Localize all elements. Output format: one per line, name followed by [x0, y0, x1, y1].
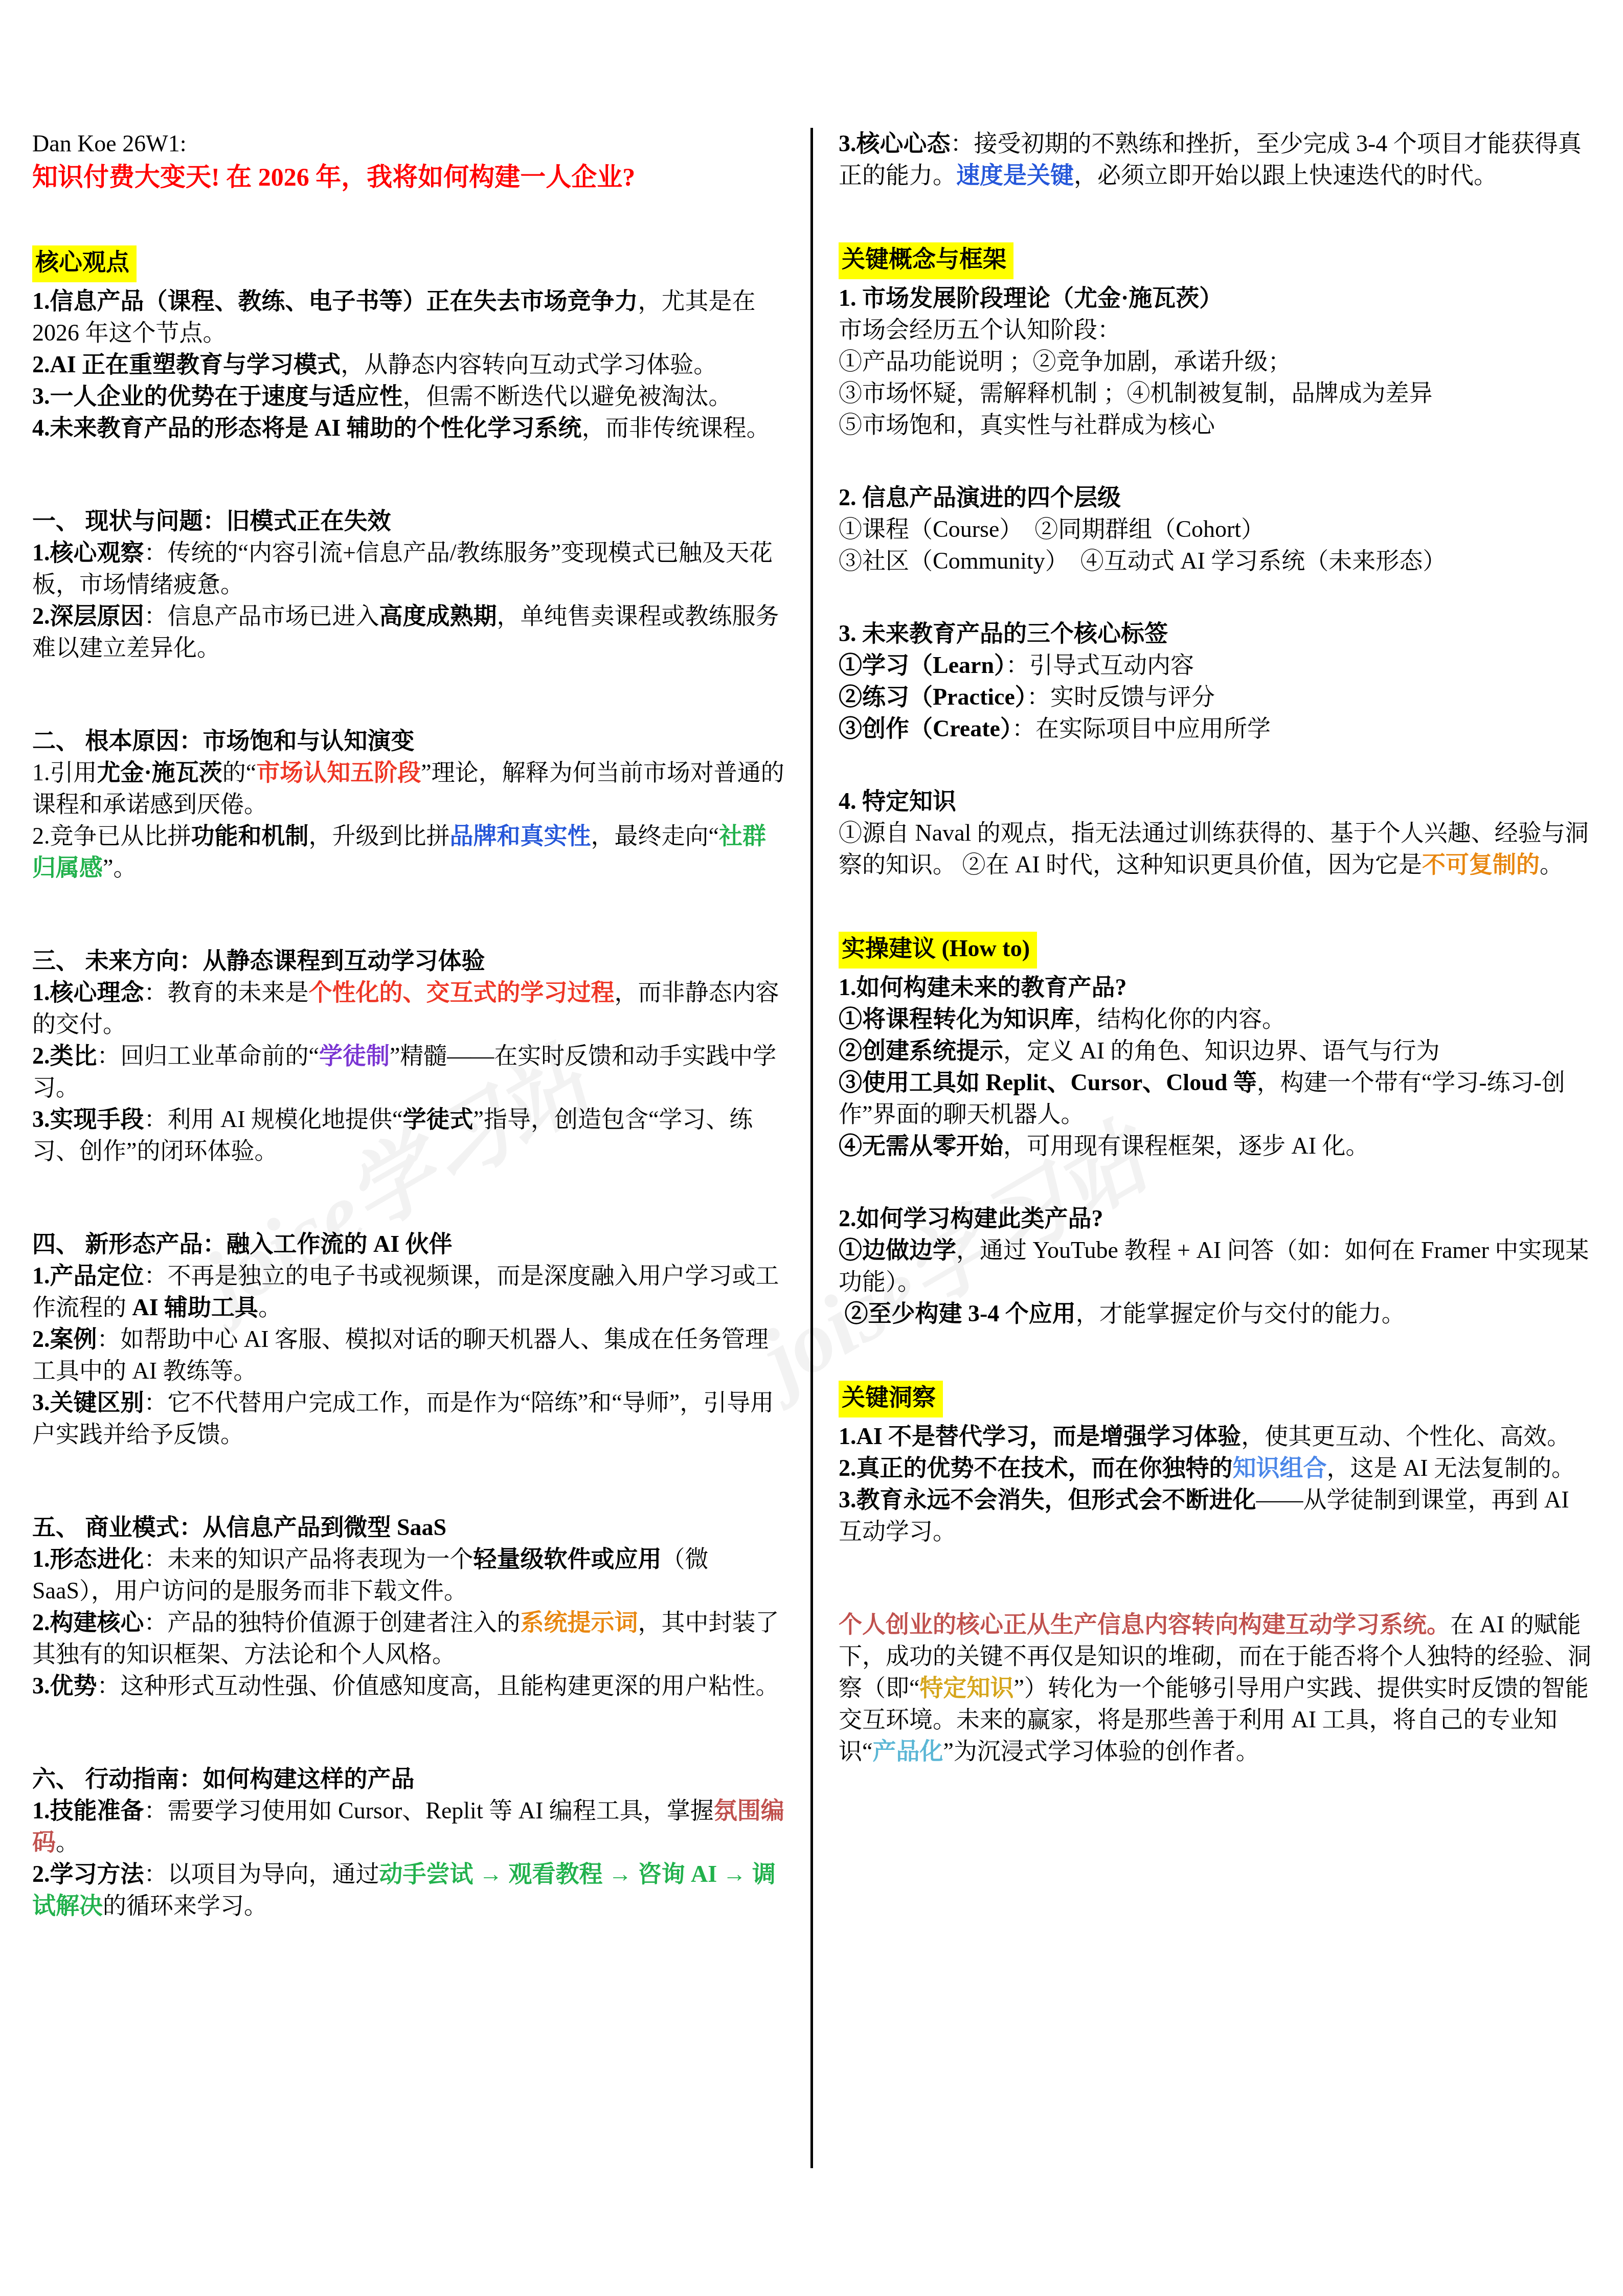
text-run: 个人创业的核心正从生产信息内容转向构建互动学习系统。	[839, 1611, 1450, 1637]
subsection-heading: 4. 特定知识	[839, 785, 1597, 817]
paragraph: 2.构建核心：产品的独特价值源于创建者注入的系统提示词，其中封装了其独有的知识框…	[32, 1607, 789, 1670]
paragraph: ⑤市场饱和，真实性与社群成为核心	[839, 409, 1597, 441]
section-heading-6: 六、 行动指南：如何构建这样的产品	[32, 1763, 789, 1795]
paragraph: 3.优势：这种形式互动性强、价值感知度高，且能构建更深的用户粘性。	[32, 1670, 789, 1702]
text-run: ⑤市场饱和，真实性与社群成为核心	[839, 412, 1215, 438]
text-run: 4.未来教育产品的形态将是 AI 辅助的个性化学习系统	[32, 415, 582, 441]
text-run: ④无需从零开始	[839, 1133, 1003, 1159]
paragraph: 1.信息产品（课程、教练、电子书等）正在失去市场竞争力，尤其是在 2026 年这…	[32, 285, 789, 349]
text-run: 1.如何构建未来的教育产品?	[839, 974, 1127, 1000]
highlight-heading-key-insights: 关键洞察	[839, 1381, 943, 1417]
text-run: ②创建系统提示	[839, 1038, 1003, 1064]
text-run: 学徒制	[319, 1043, 390, 1069]
text-run: 五、 商业模式：从信息产品到微型 SaaS	[32, 1514, 446, 1540]
paragraph: 1.核心理念：教育的未来是个性化的、交互式的学习过程，而非静态内容的交付。	[32, 977, 789, 1040]
text-run: ：引导式互动内容	[1006, 652, 1194, 678]
left-column: Dan Koe 26W1:知识付费大变天! 在 2026 年，我将如何构建一人企…	[32, 128, 789, 1922]
text-run: 二、 根本原因：市场饱和与认知演变	[32, 728, 415, 754]
text-run: 1.产品定位	[32, 1263, 144, 1289]
text-run: 系统提示词	[521, 1609, 638, 1635]
paragraph: ①产品功能说明 ；②竞争加剧，承诺升级；	[839, 346, 1597, 377]
text-run: 个性化的、交互式的学习过程	[309, 979, 615, 1005]
text-run: ，升级到比拼	[309, 823, 450, 849]
text-run: 3.核心心态	[839, 130, 951, 156]
text-run: ，最终走向“	[591, 823, 719, 849]
text-run: 知识付费大变天! 在 2026 年，我将如何构建一人企业?	[32, 163, 635, 191]
text-run: 功能和机制	[191, 823, 309, 849]
highlight-heading-key-concepts: 关键概念与框架	[839, 242, 1013, 279]
paragraph: 3.关键区别：它不代替用户完成工作，而是作为“陪练”和“导师”，引导用户实践并给…	[32, 1387, 789, 1450]
text-run: ：需要学习使用如 Cursor、Replit 等 AI 编程工具，掌握	[144, 1797, 714, 1824]
text-run: 。	[258, 1294, 282, 1320]
text-run: Dan Koe 26W1:	[32, 130, 186, 156]
text-run: ，才能掌握定价与交付的能力。	[1076, 1300, 1405, 1326]
column-divider	[810, 128, 813, 2168]
text-run: ：这种形式互动性强、价值感知度高，且能构建更深的用户粘性。	[97, 1673, 779, 1699]
paragraph: ②练习（Practice）：实时反馈与评分	[839, 681, 1597, 713]
text-run: ①学习（Learn）	[839, 652, 1006, 678]
text-run: ，定义 AI 的角色、知识边界、语气与行为	[1003, 1038, 1440, 1064]
paragraph: ①源自 Naval 的观点，指无法通过训练获得的、基于个人兴趣、经验与洞察的知识…	[839, 817, 1597, 881]
paragraph: 3.一人企业的优势在于速度与适应性，但需不断迭代以避免被淘汰。	[32, 380, 789, 412]
text-run: ①课程（Course） ②同期群组（Cohort）	[839, 516, 1265, 542]
text-run: 1.形态进化	[32, 1546, 144, 1572]
text-run: 1.AI 不是替代学习，而是增强学习体验	[839, 1423, 1241, 1449]
section-heading-3: 三、 未来方向：从静态课程到互动学习体验	[32, 945, 789, 977]
text-run: 3.关键区别	[32, 1389, 144, 1415]
text-run: ，结构化你的内容。	[1074, 1006, 1286, 1032]
text-run: ，使其更互动、个性化、高效。	[1241, 1423, 1570, 1449]
document-page: { "watermark": { "text": "joise学习站", "co…	[0, 0, 1623, 2296]
paragraph: 2.学习方法：以项目为导向，通过动手尝试 → 观看教程 → 咨询 AI → 调试…	[32, 1858, 789, 1922]
paragraph: 3.核心心态：接受初期的不熟练和挫折，至少完成 3-4 个项目才能获得真正的能力…	[839, 128, 1597, 191]
text-run: 1.核心理念	[32, 979, 144, 1005]
paragraph: 1.核心观察：传统的“内容引流+信息产品/教练服务”变现模式已触及天花板，市场情…	[32, 537, 789, 600]
doc-label: Dan Koe 26W1:	[32, 128, 789, 160]
paragraph: 1.AI 不是替代学习，而是增强学习体验，使其更互动、个性化、高效。	[839, 1421, 1597, 1452]
text-run: 2.深层原因	[32, 603, 144, 629]
text-run: ①产品功能说明 ；②竞争加剧，承诺升级；	[839, 348, 1292, 374]
text-run: ：以项目为导向，通过	[144, 1861, 379, 1887]
text-run: 不可复制的	[1422, 851, 1540, 877]
text-run: AI 辅助工具	[132, 1294, 259, 1320]
text-run: ，可用现有课程框架，逐步 AI 化。	[1003, 1133, 1369, 1159]
paragraph: 2.类比：回归工业革命前的“学徒制”精髓——在实时反馈和动手实践中学习。	[32, 1040, 789, 1104]
subsection-heading: 1.如何构建未来的教育产品?	[839, 972, 1597, 1003]
paragraph: 3.实现手段：利用 AI 规模化地提供“学徒式”指导，创造包含“学习、练习、创作…	[32, 1104, 789, 1167]
text-run: ，必须立即开始以跟上快速迭代的时代。	[1074, 162, 1497, 188]
highlight-heading-how-to: 实操建议 (How to)	[839, 932, 1597, 969]
paragraph: ①将课程转化为知识库，结构化你的内容。	[839, 1003, 1597, 1035]
highlight-heading-core-views: 核心观点	[32, 245, 137, 282]
text-run: 2.竞争已从比拼	[32, 823, 191, 849]
section-heading-2: 二、 根本原因：市场饱和与认知演变	[32, 725, 789, 757]
paragraph: ③创作（Create）：在实际项目中应用所学	[839, 713, 1597, 745]
text-run: 三、 未来方向：从静态课程到互动学习体验	[32, 948, 485, 974]
section-heading-4: 四、 新形态产品：融入工作流的 AI 伙伴	[32, 1228, 789, 1260]
text-run: ，而非传统课程。	[582, 415, 770, 441]
text-run: ①将课程转化为知识库	[839, 1006, 1074, 1032]
paragraph: ③社区（Community） ④互动式 AI 学习系统（未来形态）	[839, 545, 1597, 577]
paragraph: ④无需从零开始，可用现有课程框架，逐步 AI 化。	[839, 1130, 1597, 1162]
text-run: ，这是 AI 无法复制的。	[1327, 1455, 1575, 1481]
text-run: 1.引用	[32, 759, 97, 785]
text-run: ③社区（Community） ④互动式 AI 学习系统（未来形态）	[839, 548, 1446, 574]
text-run: ：未来的知识产品将表现为一个	[144, 1546, 474, 1572]
text-run: 。	[56, 1829, 79, 1855]
text-run: 2.学习方法	[32, 1861, 144, 1887]
text-run: 高度成熟期	[379, 603, 497, 629]
text-run: ：在实际项目中应用所学	[1012, 715, 1271, 741]
text-run: 1.技能准备	[32, 1797, 144, 1824]
paragraph: ①课程（Course） ②同期群组（Cohort）	[839, 513, 1597, 545]
paragraph: 3.教育永远不会消失，但形式会不断进化——从学徒制到课堂，再到 AI 互动学习。	[839, 1484, 1597, 1547]
paragraph: 1.技能准备：需要学习使用如 Cursor、Replit 等 AI 编程工具，掌…	[32, 1795, 789, 1858]
text-run: 知识组合	[1233, 1455, 1327, 1481]
paragraph: 1.引用尤金·施瓦茨的“市场认知五阶段”理论，解释为何当前市场对普通的课程和承诺…	[32, 757, 789, 820]
text-run: 一、 现状与问题：旧模式正在失效	[32, 508, 391, 534]
right-column: 3.核心心态：接受初期的不熟练和挫折，至少完成 3-4 个项目才能获得真正的能力…	[839, 128, 1597, 1767]
text-run: 3.一人企业的优势在于速度与适应性	[32, 383, 403, 409]
text-run: 的循环来学习。	[103, 1893, 267, 1919]
text-run: 2.真正的优势不在技术，而在你独特的	[839, 1455, 1233, 1481]
text-run: ”为沉浸式学习体验的创作者。	[943, 1738, 1259, 1764]
text-run: 2.构建核心	[32, 1609, 144, 1635]
text-run: ：信息产品市场已进入	[144, 603, 379, 629]
text-run: ③使用工具如 Replit、Cursor、Cloud 等	[839, 1069, 1257, 1095]
paragraph: ②至少构建 3-4 个应用，才能掌握定价与交付的能力。	[839, 1298, 1597, 1330]
subsection-heading: 1. 市场发展阶段理论（尤金·施瓦茨）	[839, 282, 1597, 314]
section-heading-5: 五、 商业模式：从信息产品到微型 SaaS	[32, 1512, 789, 1543]
highlight-heading-how-to: 实操建议 (How to)	[839, 932, 1037, 969]
text-run: 市场会经历五个认知阶段：	[839, 317, 1121, 343]
text-run: 1.信息产品（课程、教练、电子书等）正在失去市场竞争力	[32, 288, 638, 314]
paragraph: 2.深层原因：信息产品市场已进入高度成熟期，单纯售卖课程或教练服务难以建立差异化…	[32, 600, 789, 664]
text-run: ③创作（Create）	[839, 715, 1012, 741]
text-run: ：如帮助中心 AI 客服、模拟对话的聊天机器人、集成在任务管理工具中的 AI 教…	[32, 1326, 769, 1384]
text-run: ”。	[103, 854, 137, 881]
text-run: 市场认知五阶段	[256, 759, 421, 785]
text-run: 4. 特定知识	[839, 788, 956, 814]
paragraph: ①边做边学，通过 YouTube 教程 + AI 问答（如：如何在 Framer…	[839, 1234, 1597, 1298]
subsection-heading: 2.如何学习构建此类产品?	[839, 1203, 1597, 1234]
highlight-heading-key-concepts: 关键概念与框架	[839, 242, 1597, 279]
text-run: ：它不代替用户完成工作，而是作为“陪练”和“导师”，引导用户实践并给予反馈。	[32, 1389, 774, 1447]
text-run: 2.类比	[32, 1043, 97, 1069]
text-run: ：实时反馈与评分	[1027, 684, 1215, 710]
text-run: 3.实现手段	[32, 1106, 144, 1132]
text-run: ①边做边学	[839, 1237, 956, 1263]
paragraph: 2.AI 正在重塑教育与学习模式，从静态内容转向互动式学习体验。	[32, 349, 789, 380]
text-run: 尤金·施瓦茨	[97, 759, 222, 785]
paragraph: 市场会经历五个认知阶段：	[839, 314, 1597, 346]
paragraph: ③使用工具如 Replit、Cursor、Cloud 等，构建一个带有“学习-练…	[839, 1067, 1597, 1130]
text-run: 3.优势	[32, 1673, 97, 1699]
text-run: 六、 行动指南：如何构建这样的产品	[32, 1766, 415, 1792]
subsection-heading: 3. 未来教育产品的三个核心标签	[839, 618, 1597, 649]
section-heading-1: 一、 现状与问题：旧模式正在失效	[32, 505, 789, 537]
text-run: 2.如何学习构建此类产品?	[839, 1205, 1103, 1231]
highlight-heading-core-views: 核心观点	[32, 245, 789, 282]
two-column-layout: Dan Koe 26W1:知识付费大变天! 在 2026 年，我将如何构建一人企…	[0, 0, 1623, 2168]
text-run: 品牌和真实性	[450, 823, 591, 849]
text-run: ，但需不断迭代以避免被淘汰。	[403, 383, 732, 409]
text-run: 特定知识	[919, 1675, 1013, 1701]
text-run: ③市场怀疑，需解释机制 ；④机制被复制，品牌成为差异	[839, 380, 1433, 406]
text-run: 1. 市场发展阶段理论（尤金·施瓦茨）	[839, 285, 1223, 311]
subsection-heading: 2. 信息产品演进的四个层级	[839, 482, 1597, 513]
text-run: 产品化	[872, 1738, 943, 1764]
paragraph: 4.未来教育产品的形态将是 AI 辅助的个性化学习系统，而非传统课程。	[32, 412, 789, 444]
text-run: 2. 信息产品演进的四个层级	[839, 484, 1121, 510]
text-run: 。	[1540, 851, 1563, 877]
text-run: 2.AI 正在重塑教育与学习模式	[32, 351, 341, 377]
text-run: 轻量级软件或应用	[474, 1546, 662, 1572]
paragraph: 1.形态进化：未来的知识产品将表现为一个轻量级软件或应用（微 SaaS），用户访…	[32, 1543, 789, 1607]
text-run: 3. 未来教育产品的三个核心标签	[839, 620, 1168, 646]
text-run: 1.核心观察	[32, 539, 144, 566]
highlight-heading-key-insights: 关键洞察	[839, 1381, 1597, 1417]
text-run: ：利用 AI 规模化地提供“	[144, 1106, 403, 1132]
paragraph: ③市场怀疑，需解释机制 ；④机制被复制，品牌成为差异	[839, 377, 1597, 409]
doc-title: 知识付费大变天! 在 2026 年，我将如何构建一人企业?	[32, 160, 789, 194]
text-run: ，从静态内容转向互动式学习体验。	[341, 351, 717, 377]
text-run: 的“	[222, 759, 256, 785]
text-run: ②练习（Practice）	[839, 684, 1027, 710]
paragraph: 1.产品定位：不再是独立的电子书或视频课，而是深度融入用户学习或工作流程的 AI…	[32, 1260, 789, 1323]
closing-paragraph: 个人创业的核心正从生产信息内容转向构建互动学习系统。在 AI 的赋能下，成功的关…	[839, 1609, 1597, 1767]
text-run: 2.案例	[32, 1326, 97, 1352]
paragraph: 2.真正的优势不在技术，而在你独特的知识组合，这是 AI 无法复制的。	[839, 1452, 1597, 1484]
text-run: ②至少构建 3-4 个应用	[839, 1300, 1076, 1326]
text-run: ：回归工业革命前的“	[97, 1043, 319, 1069]
text-run: 3.教育永远不会消失，但形式会不断进化	[839, 1487, 1256, 1513]
text-run: 学徒式	[402, 1106, 473, 1132]
text-run: ：教育的未来是	[144, 979, 309, 1005]
paragraph: ①学习（Learn）：引导式互动内容	[839, 649, 1597, 681]
paragraph: ②创建系统提示，定义 AI 的角色、知识边界、语气与行为	[839, 1035, 1597, 1067]
text-run: ：产品的独特价值源于创建者注入的	[144, 1609, 521, 1635]
text-run: 速度是关键	[956, 162, 1074, 188]
paragraph: 2.竞争已从比拼功能和机制，升级到比拼品牌和真实性，最终走向“社群归属感”。	[32, 820, 789, 884]
text-run: 四、 新形态产品：融入工作流的 AI 伙伴	[32, 1231, 453, 1257]
paragraph: 2.案例：如帮助中心 AI 客服、模拟对话的聊天机器人、集成在任务管理工具中的 …	[32, 1323, 789, 1387]
